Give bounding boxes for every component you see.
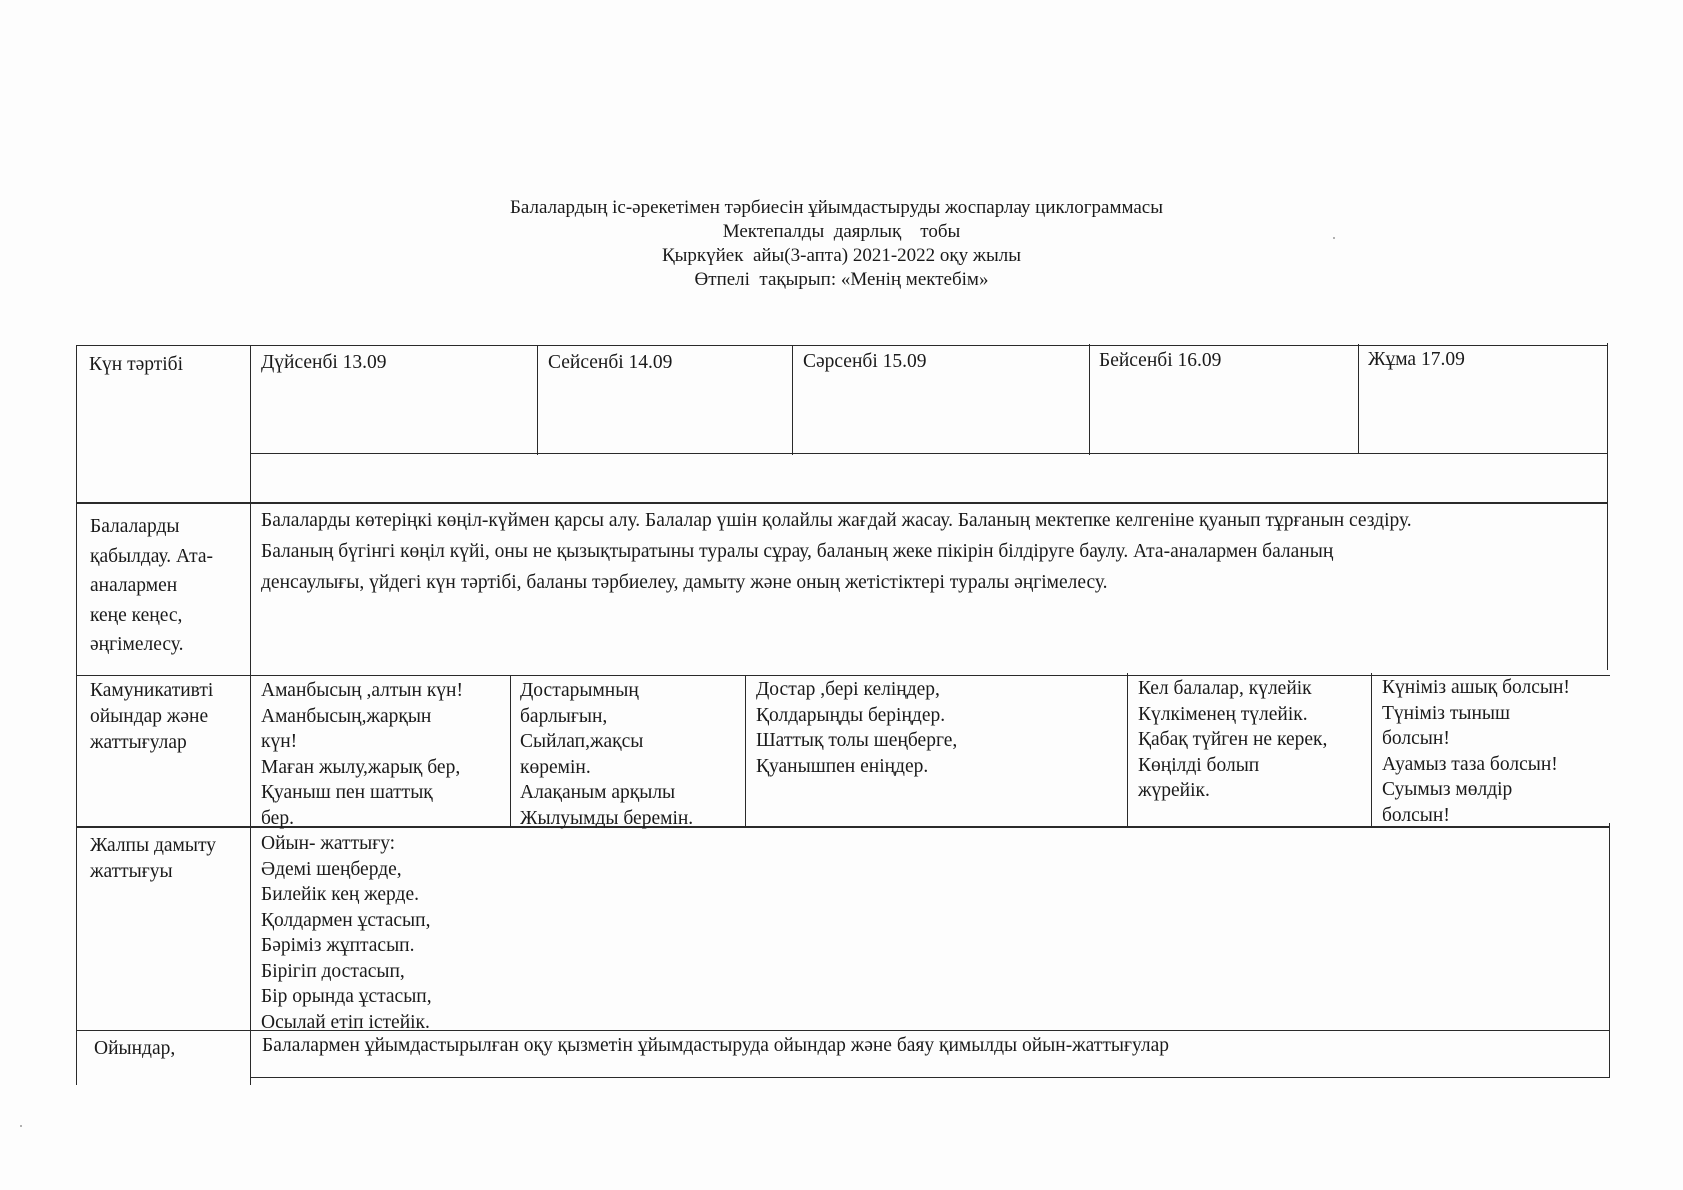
scanned-document-page: Балалардың іс-әрекетімен тәрбиесін ұйымд… — [0, 0, 1683, 1190]
day-monday: Дүйсенбі 13.09 — [261, 350, 387, 376]
reception-text: Балаларды көтеріңкі көңіл-күймен қарсы а… — [261, 505, 1412, 598]
scan-speck — [20, 1125, 22, 1127]
document-title: Балалардың іс-әрекетімен тәрбиесін ұйымд… — [0, 196, 1683, 220]
communicative-friday: Күніміз ашық болсын! Түніміз тыныш болсы… — [1382, 675, 1570, 828]
group-name: Мектепалды даярлық тобы — [0, 220, 1683, 244]
row-header-label: Күн тәртібі — [89, 352, 183, 378]
communicative-tuesday: Достарымның барлығын, Сыйлап,жақсы көрем… — [520, 678, 693, 831]
days-bottom-border — [250, 453, 1608, 454]
day-friday: Жұма 17.09 — [1368, 347, 1465, 373]
communicative-label: Камуникативті ойындар және жаттығулар — [90, 678, 213, 756]
day-divider — [1089, 344, 1090, 455]
day-thursday: Бейсенбі 16.09 — [1099, 348, 1221, 374]
scan-speck — [1333, 237, 1335, 239]
table-border-left — [76, 345, 77, 1085]
period: Қыркүйек айы(3-апта) 2021-2022 оқу жылы — [0, 244, 1683, 268]
cell-divider — [510, 675, 511, 827]
table-border-right — [1607, 343, 1608, 670]
communicative-wednesday: Достар ,бері келіңдер, Қолдарыңды беріңд… — [756, 677, 957, 779]
day-divider — [792, 345, 793, 455]
day-tuesday: Сейсенбі 14.09 — [548, 350, 672, 376]
cell-divider — [1371, 673, 1372, 826]
reception-label: Балаларды қабылдау. Ата- аналармен кеңе … — [90, 512, 213, 660]
communicative-thursday: Кел балалар, күлейік Күлкіменең түлейік.… — [1138, 676, 1327, 804]
general-exercise-label: Жалпы дамыту жаттығуы — [90, 833, 216, 885]
label-column-divider — [250, 345, 251, 1085]
day-wednesday: Сәрсенбі 15.09 — [803, 349, 926, 375]
document-header: Балалардың іс-әрекетімен тәрбиесін ұйымд… — [0, 196, 1683, 292]
games-text: Балалармен ұйымдастырылған оқу қызметін … — [262, 1033, 1169, 1059]
theme: Өтпелі тақырып: «Менің мектебім» — [0, 268, 1683, 292]
general-exercise-text: Ойын- жаттығу: Әдемі шеңберде, Билейік к… — [261, 831, 432, 1035]
cell-divider — [745, 675, 746, 827]
day-divider — [1358, 344, 1359, 454]
table-border-bottom — [250, 1077, 1610, 1078]
games-label: Ойындар, — [94, 1036, 175, 1062]
communicative-monday: Аманбысың ,алтын күн! Аманбысың,жарқын к… — [261, 678, 463, 831]
day-divider — [537, 345, 538, 455]
row-divider — [76, 502, 1608, 504]
cell-divider — [1127, 673, 1128, 826]
table-border-right-lower — [1609, 823, 1610, 1078]
